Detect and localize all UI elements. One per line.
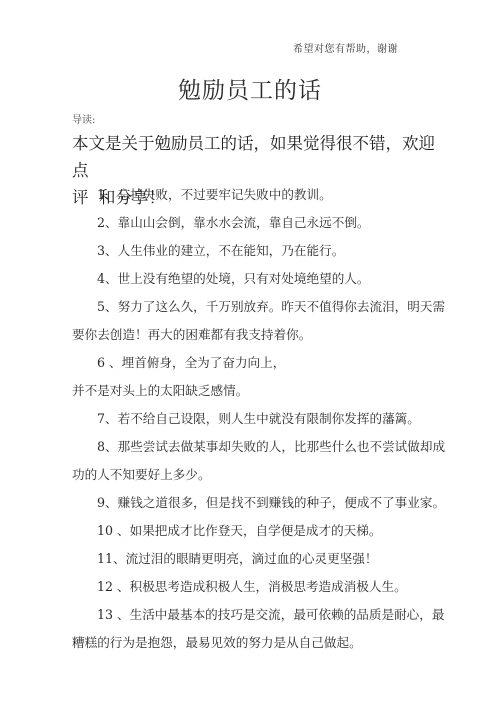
list-item: 5、努力了这么久，千万别放弃。昨天不值得你去流泪，明天需要你去创造！再大的困难都… xyxy=(72,293,450,349)
list-item: 12 、积极思考造成积极人生，消极思考造成消极人生。 xyxy=(72,573,450,601)
list-item: 11、流过泪的眼睛更明亮，滴过血的心灵更坚强！ xyxy=(72,545,450,573)
guide-label: 导读: xyxy=(72,111,95,126)
list-item: 13 、生活中最基本的技巧是交流，最可依赖的品质是耐心，最糟糕的行为是抱怨，最易… xyxy=(72,601,450,657)
quote-list: 1、忘掉失败，不过要牢记失败中的教训。 2、靠山山会倒，靠水水会流，靠自己永远不… xyxy=(72,181,450,657)
list-item: 3、人生伟业的建立，不在能知，乃在能行。 xyxy=(72,237,450,265)
list-item: 8、那些尝试去做某事却失败的人，比那些什么也不尝试做却成功的人不知要好上多少。 xyxy=(72,433,450,489)
header-note: 希望对您有帮助，谢谢 xyxy=(293,40,398,55)
page-title: 勉励员工的话 xyxy=(0,72,500,105)
list-item: 6 、埋首俯身，全为了奋力向上，并不是对头上的太阳缺乏感情。 xyxy=(72,349,450,405)
list-item: 2、靠山山会倒，靠水水会流，靠自己永远不倒。 xyxy=(72,209,450,237)
list-item: 10 、如果把成才比作登天，自学便是成才的天梯。 xyxy=(72,517,450,545)
list-item: 9、赚钱之道很多，但是找不到赚钱的种子，便成不了事业家。 xyxy=(72,489,450,517)
intro-line-1: 本文是关于勉励员工的话，如果觉得很不错，欢迎点 xyxy=(72,130,442,184)
list-item: 7、若不给自己设限，则人生中就没有限制你发挥的藩篱。 xyxy=(72,405,450,433)
list-item: 4、世上没有绝望的处境，只有对处境绝望的人。 xyxy=(72,265,450,293)
list-item: 1、忘掉失败，不过要牢记失败中的教训。 xyxy=(72,181,450,209)
document-page: 希望对您有帮助，谢谢 勉励员工的话 导读: 本文是关于勉励员工的话，如果觉得很不… xyxy=(0,0,500,708)
